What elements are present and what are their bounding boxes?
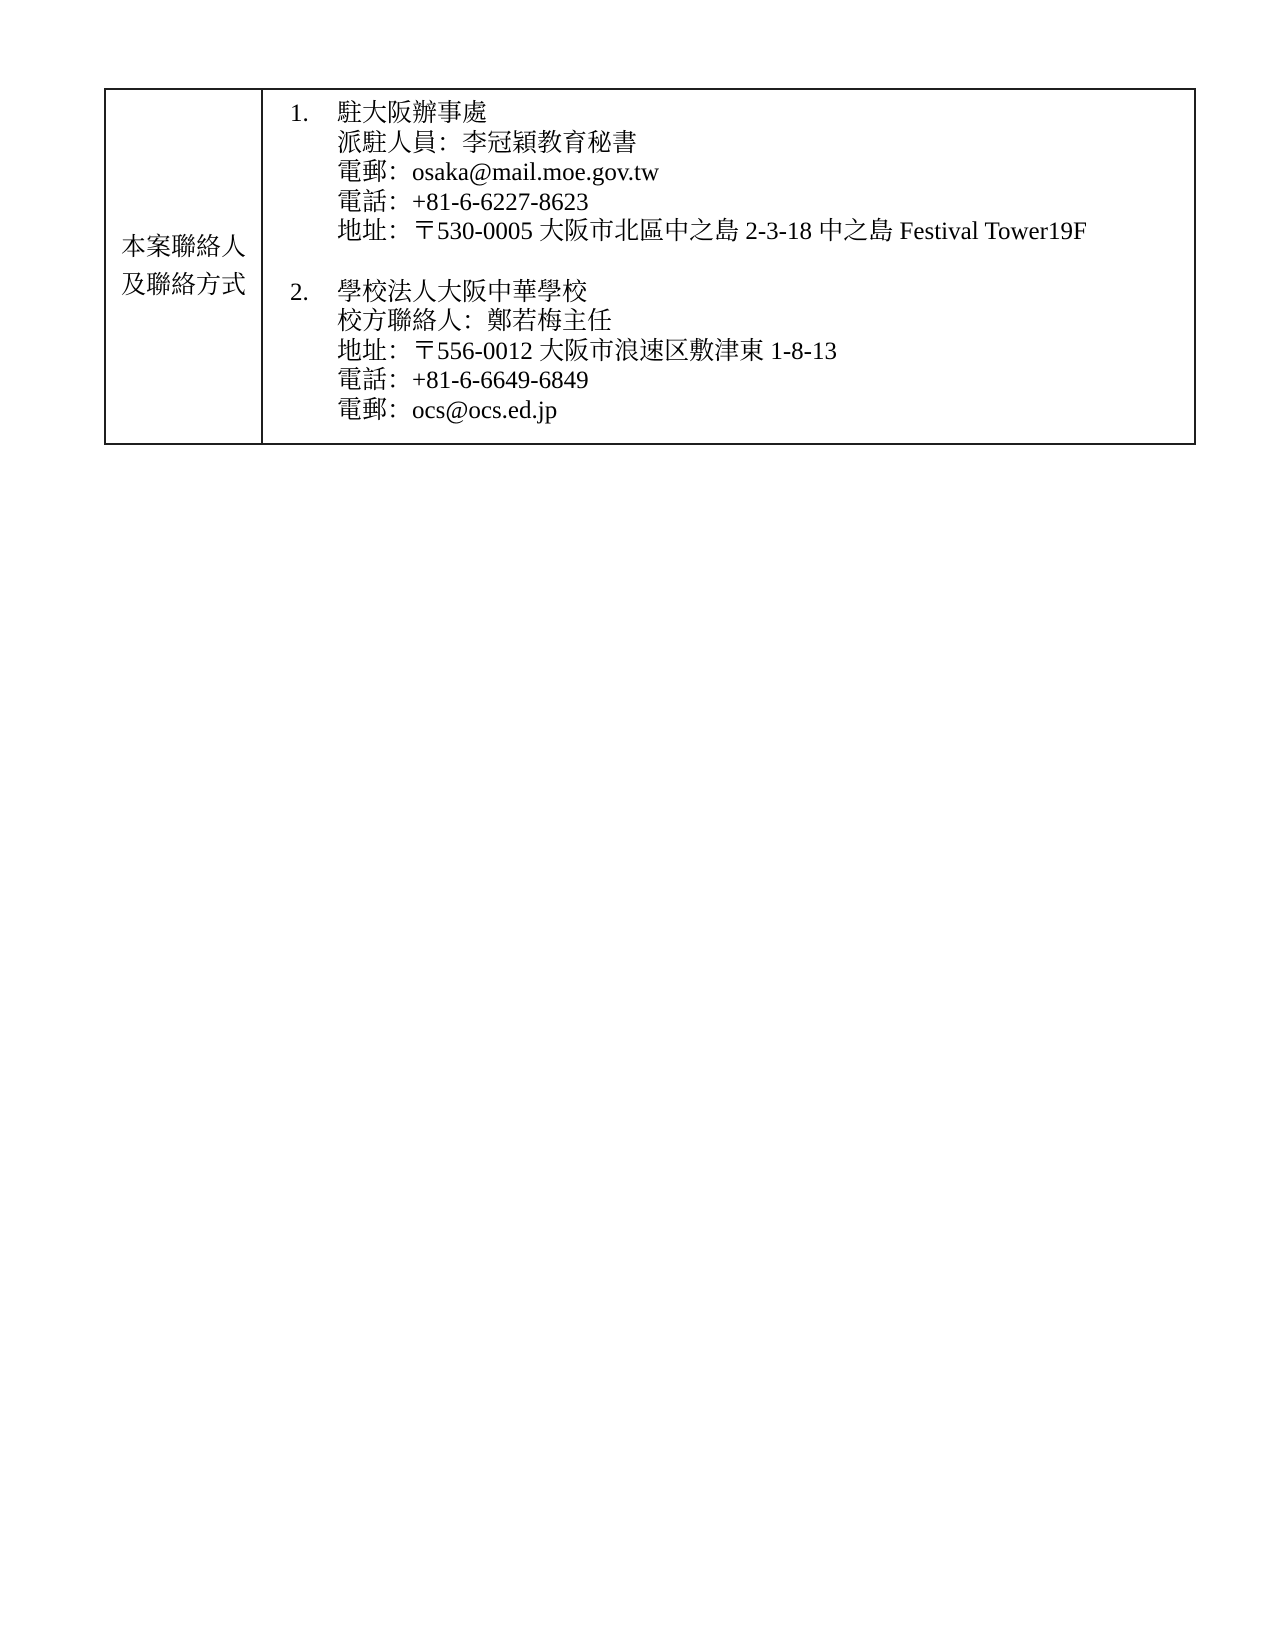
contact-label-cell: 本案聯絡人 及聯絡方式 (106, 90, 263, 443)
contact-detail-line: 校方聯絡人：鄭若梅主任 (337, 307, 1186, 337)
contact-detail-line: 地址：〒556-0012 大阪市浪速区敷津東 1-8-13 (337, 337, 1186, 367)
contact-detail-line: 電郵：osaka@mail.moe.gov.tw (337, 158, 1186, 188)
contact-label-line-1: 本案聯絡人 (121, 229, 246, 267)
document-page: 本案聯絡人 及聯絡方式 1. 駐大阪辦事處 派駐人員：李冠穎教育秘書 電郵：os… (0, 0, 1275, 1650)
item-title: 學校法人大阪中華學校 (337, 278, 1186, 308)
contact-detail-line: 電話：+81-6-6649-6849 (337, 366, 1186, 396)
item-number: 1. (290, 99, 309, 129)
item-number: 2. (290, 278, 309, 308)
contact-detail-line: 地址：〒530-0005 大阪市北區中之島 2-3-18 中之島 Festiva… (337, 217, 1186, 247)
contact-label-line-2: 及聯絡方式 (121, 267, 246, 305)
contact-detail-line: 電郵：ocs@ocs.ed.jp (337, 396, 1186, 426)
item-title: 駐大阪辦事處 (337, 99, 1186, 129)
contact-info-table: 本案聯絡人 及聯絡方式 1. 駐大阪辦事處 派駐人員：李冠穎教育秘書 電郵：os… (104, 88, 1196, 445)
contact-detail-line: 電話：+81-6-6227-8623 (337, 188, 1186, 218)
contact-item-2: 2. 學校法人大阪中華學校 校方聯絡人：鄭若梅主任 地址：〒556-0012 大… (263, 278, 1186, 426)
contact-detail-line: 派駐人員：李冠穎教育秘書 (337, 129, 1186, 159)
item-spacer (263, 247, 1186, 278)
contact-details-cell: 1. 駐大阪辦事處 派駐人員：李冠穎教育秘書 電郵：osaka@mail.moe… (263, 90, 1194, 443)
contact-item-1: 1. 駐大阪辦事處 派駐人員：李冠穎教育秘書 電郵：osaka@mail.moe… (263, 99, 1186, 247)
